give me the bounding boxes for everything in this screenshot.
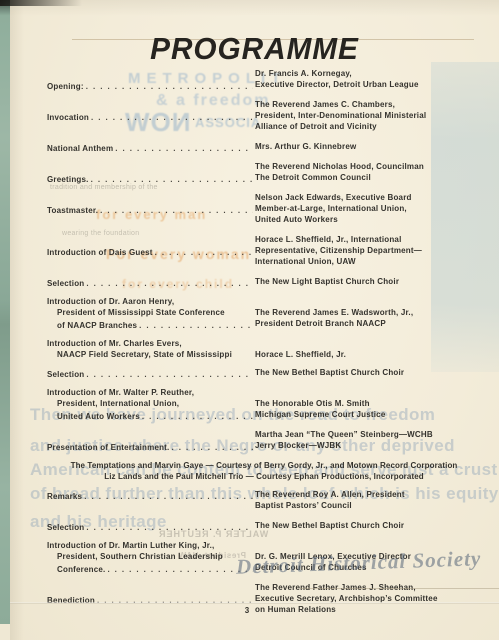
- programme-label-line: [47, 68, 255, 79]
- scan-artifact: [0, 0, 82, 6]
- programme-label: NAACP Field Secretary, State of Mississi…: [57, 349, 232, 360]
- programme-label: Selection: [47, 369, 84, 380]
- dot-leader: [86, 276, 253, 289]
- programme-value: Nelson Jack Edwards, Executive Board: [255, 192, 481, 203]
- programme-label-line: Toastmaster.: [47, 203, 255, 216]
- programme-label-column: Presentation of Entertainment.: [47, 429, 255, 453]
- dot-leader: [107, 562, 253, 575]
- programme-value: The Reverend Nicholas Hood, Councilman: [255, 161, 481, 172]
- programme-label-line: NAACP Field Secretary, State of Mississi…: [57, 349, 255, 360]
- programme-label-column: Selection: [47, 367, 255, 380]
- programme-value-column: Horace L. Sheffield, Jr.: [255, 338, 481, 360]
- programme-label-line: [47, 234, 255, 245]
- programme-value: The Reverend James E. Wadsworth, Jr.,: [255, 307, 481, 318]
- programme-value: on Human Relations: [255, 604, 481, 615]
- dot-leader: [171, 440, 253, 453]
- programme-label-line: Presentation of Entertainment.: [47, 440, 255, 453]
- programme-label: Greetings.: [47, 174, 89, 185]
- programme-row: Greetings.The Reverend Nicholas Hood, Co…: [47, 161, 481, 185]
- programme-row: InvocationThe Reverend James C. Chambers…: [47, 99, 481, 134]
- programme-label: Remarks: [47, 491, 82, 502]
- programme-value: The Honorable Otis M. Smith: [255, 398, 481, 409]
- programme-label-line: [47, 429, 255, 440]
- programme-label-column: Selection: [47, 276, 255, 289]
- programme-label-column: Remarks: [47, 489, 255, 513]
- programme-label-column: Selection: [47, 520, 255, 533]
- programme-label-line: President, Southern Christian Leadership: [57, 551, 255, 562]
- programme-label: Toastmaster.: [47, 205, 98, 216]
- programme-row: SelectionThe New Light Baptist Church Ch…: [47, 276, 481, 289]
- dot-leader: [115, 141, 253, 154]
- programme-value: The Reverend James C. Chambers,: [255, 99, 481, 110]
- programme-label-line: President of Mississippi State Conferenc…: [57, 307, 255, 318]
- programme-value: Representative, Citizenship Department—: [255, 245, 481, 256]
- programme-value-column: The Reverend James E. Wadsworth, Jr.,Pre…: [255, 296, 481, 331]
- entertainment-credit-line: Liz Lands and the Paul Mitchell Trio — C…: [47, 471, 481, 482]
- programme-row: SelectionThe New Bethel Baptist Church C…: [47, 367, 481, 380]
- paper-crease: [10, 602, 499, 604]
- programme-label-line: Invocation: [47, 110, 255, 123]
- programme-value: Horace L. Sheffield, Jr.: [255, 349, 481, 360]
- programme-label-line: Greetings.: [47, 172, 255, 185]
- dot-leader: [91, 110, 253, 123]
- programme-value-column: The Reverend Roy A. Allen, PresidentBapt…: [255, 489, 481, 513]
- programme-label-line: Conference.: [57, 562, 255, 575]
- programme-value: United Auto Workers: [255, 214, 481, 225]
- programme-label-column: Opening:: [47, 68, 255, 92]
- programme-label-line: National Anthem: [47, 141, 255, 154]
- programme-label-column: Introduction of Dr. Aaron Henry,Presiden…: [47, 296, 255, 331]
- programme-label: Invocation: [47, 112, 89, 123]
- programme-label-column: Invocation: [47, 99, 255, 134]
- programme-value: The Reverend Roy A. Allen, President: [255, 489, 481, 500]
- programme-label-line: Introduction of Dr. Martin Luther King, …: [47, 540, 255, 551]
- programme-label: Introduction of Dais Guest: [47, 247, 153, 258]
- dot-leader: [139, 318, 253, 331]
- programme-label: Selection: [47, 522, 84, 533]
- entertainment-credit-line: The Temptations and Marvin Gaye — Courte…: [47, 460, 481, 471]
- programme-value: [255, 387, 481, 398]
- programme-label: of NAACP Branches: [57, 320, 137, 331]
- programme-row: SelectionThe New Bethel Baptist Church C…: [47, 520, 481, 533]
- programme-row: Presentation of Entertainment.Martha Jea…: [47, 429, 481, 453]
- programme-label-column: Benediction: [47, 582, 255, 617]
- scanned-programme-page: METROPOLIT & a freedom NOW ASSOCIA tradi…: [0, 0, 499, 640]
- programme-value: [255, 338, 481, 349]
- programme-value: The New Bethel Baptist Church Choir: [255, 367, 481, 378]
- programme-label-line: Remarks: [47, 489, 255, 502]
- book-edge-end: [0, 624, 10, 640]
- programme-label: United Auto Workers: [57, 411, 140, 422]
- dot-leader: [84, 489, 253, 502]
- programme-label: Introduction of Mr. Walter P. Reuther,: [47, 387, 194, 398]
- programme-label-line: [47, 216, 255, 227]
- paper-crease: [300, 588, 499, 589]
- programme-label: Selection: [47, 278, 84, 289]
- programme-label: Introduction of Mr. Charles Evers,: [47, 338, 182, 349]
- programme-value: President, Inter-Denominational Minister…: [255, 110, 481, 121]
- programme-value: Baptist Pastors’ Council: [255, 500, 481, 511]
- programme-value-column: Horace L. Sheffield, Jr., InternationalR…: [255, 234, 481, 269]
- programme-value-column: The New Bethel Baptist Church Choir: [255, 520, 481, 533]
- programme-value: International Union, UAW: [255, 256, 481, 267]
- programme-value: The New Light Baptist Church Choir: [255, 276, 481, 287]
- programme-value: President Detroit Branch NAACP: [255, 318, 481, 329]
- programme-label-line: [47, 606, 255, 617]
- programme-label: Opening:: [47, 81, 84, 92]
- dot-leader: [155, 245, 253, 258]
- programme-label-line: [47, 161, 255, 172]
- programme-label: Introduction of Dr. Aaron Henry,: [47, 296, 174, 307]
- programme-row: Introduction of Mr. Walter P. Reuther,Pr…: [47, 387, 481, 422]
- book-edge-strip: [0, 0, 10, 624]
- programme-label: Conference.: [57, 564, 105, 575]
- dot-leader: [86, 520, 253, 533]
- dot-leader: [100, 203, 253, 216]
- programme-value-column: The Reverend Nicholas Hood, CouncilmanTh…: [255, 161, 481, 185]
- programme-value: Michigan Supreme Court Justice: [255, 409, 481, 420]
- programme-label-line: President, International Union,: [57, 398, 255, 409]
- programme-value: Mrs. Arthur G. Kinnebrew: [255, 141, 481, 152]
- programme-row: Introduction of Dais GuestHorace L. Shef…: [47, 234, 481, 269]
- programme-value: Jerry Blocker—WJBK: [255, 440, 481, 451]
- programme-value: Alliance of Detroit and Vicinity: [255, 121, 481, 132]
- programme-label-line: [47, 192, 255, 203]
- programme-label-line: Introduction of Dr. Aaron Henry,: [47, 296, 255, 307]
- programme-value-column: The Reverend James C. Chambers,President…: [255, 99, 481, 134]
- programme-value-column: The New Light Baptist Church Choir: [255, 276, 481, 289]
- programme-label-line: Selection: [47, 367, 255, 380]
- programme-label-line: Selection: [47, 520, 255, 533]
- programme-label-line: [47, 99, 255, 110]
- programme-label-column: Introduction of Mr. Charles Evers,NAACP …: [47, 338, 255, 360]
- dot-leader: [142, 409, 253, 422]
- page-title: PROGRAMME: [20, 31, 489, 67]
- programme-value: The New Bethel Baptist Church Choir: [255, 520, 481, 531]
- programme-value: The Detroit Common Council: [255, 172, 481, 183]
- programme-label: National Anthem: [47, 143, 113, 154]
- programme-label-column: Greetings.: [47, 161, 255, 185]
- programme-value-column: Mrs. Arthur G. Kinnebrew: [255, 141, 481, 154]
- programme-label-line: Introduction of Dais Guest: [47, 245, 255, 258]
- programme-value-column: Dr. Francis A. Kornegay,Executive Direct…: [255, 68, 481, 92]
- programme-label-column: National Anthem: [47, 141, 255, 154]
- programme-rows: Opening:Dr. Francis A. Kornegay,Executiv…: [47, 68, 481, 624]
- programme-value: Dr. Francis A. Kornegay,: [255, 68, 481, 79]
- paper-page: METROPOLIT & a freedom NOW ASSOCIA tradi…: [10, 0, 499, 640]
- programme-label-line: [47, 123, 255, 134]
- programme-label-line: United Auto Workers: [57, 409, 255, 422]
- dot-leader: [86, 79, 253, 92]
- programme-label-line: of NAACP Branches: [57, 318, 255, 331]
- programme-row: Introduction of Dr. Aaron Henry,Presiden…: [47, 296, 481, 331]
- programme-label-line: Introduction of Mr. Walter P. Reuther,: [47, 387, 255, 398]
- programme-label: Presentation of Entertainment.: [47, 442, 169, 453]
- programme-label-line: [47, 582, 255, 593]
- programme-value-column: The New Bethel Baptist Church Choir: [255, 367, 481, 380]
- programme-label-column: Introduction of Mr. Walter P. Reuther,Pr…: [47, 387, 255, 422]
- programme-label-line: Selection: [47, 276, 255, 289]
- programme-value: [255, 296, 481, 307]
- programme-value: Horace L. Sheffield, Jr., International: [255, 234, 481, 245]
- programme-label-line: [47, 258, 255, 269]
- page-number: 3: [240, 606, 254, 615]
- programme-value: Executive Director, Detroit Urban League: [255, 79, 481, 90]
- programme-row: Opening:Dr. Francis A. Kornegay,Executiv…: [47, 68, 481, 92]
- programme-label: Introduction of Dr. Martin Luther King, …: [47, 540, 214, 551]
- programme-value-column: Martha Jean “The Queen” Steinberg—WCHBJe…: [255, 429, 481, 453]
- programme-label: President, Southern Christian Leadership: [57, 551, 223, 562]
- entertainment-credits: The Temptations and Marvin Gaye — Courte…: [47, 460, 481, 482]
- programme-label: Benediction: [47, 595, 95, 606]
- programme-label-column: Introduction of Dais Guest: [47, 234, 255, 269]
- programme-value: Member-at-Large, International Union,: [255, 203, 481, 214]
- programme-label-column: Introduction of Dr. Martin Luther King, …: [47, 540, 255, 575]
- programme-label-line: Benediction: [47, 593, 255, 606]
- programme-row: National AnthemMrs. Arthur G. Kinnebrew: [47, 141, 481, 154]
- programme-label: President, International Union,: [57, 398, 179, 409]
- programme-value: Martha Jean “The Queen” Steinberg—WCHB: [255, 429, 481, 440]
- programme-label-line: [47, 502, 255, 513]
- programme-label-line: Introduction of Mr. Charles Evers,: [47, 338, 255, 349]
- programme-value-column: The Honorable Otis M. SmithMichigan Supr…: [255, 387, 481, 422]
- dot-leader: [86, 367, 253, 380]
- dot-leader: [97, 593, 253, 606]
- programme-value-column: Nelson Jack Edwards, Executive BoardMemb…: [255, 192, 481, 227]
- programme-row: Introduction of Mr. Charles Evers,NAACP …: [47, 338, 481, 360]
- programme-label-column: Toastmaster.: [47, 192, 255, 227]
- programme-row: RemarksThe Reverend Roy A. Allen, Presid…: [47, 489, 481, 513]
- programme-label-line: Opening:: [47, 79, 255, 92]
- programme-row: Toastmaster.Nelson Jack Edwards, Executi…: [47, 192, 481, 227]
- programme-label: President of Mississippi State Conferenc…: [57, 307, 225, 318]
- dot-leader: [91, 172, 253, 185]
